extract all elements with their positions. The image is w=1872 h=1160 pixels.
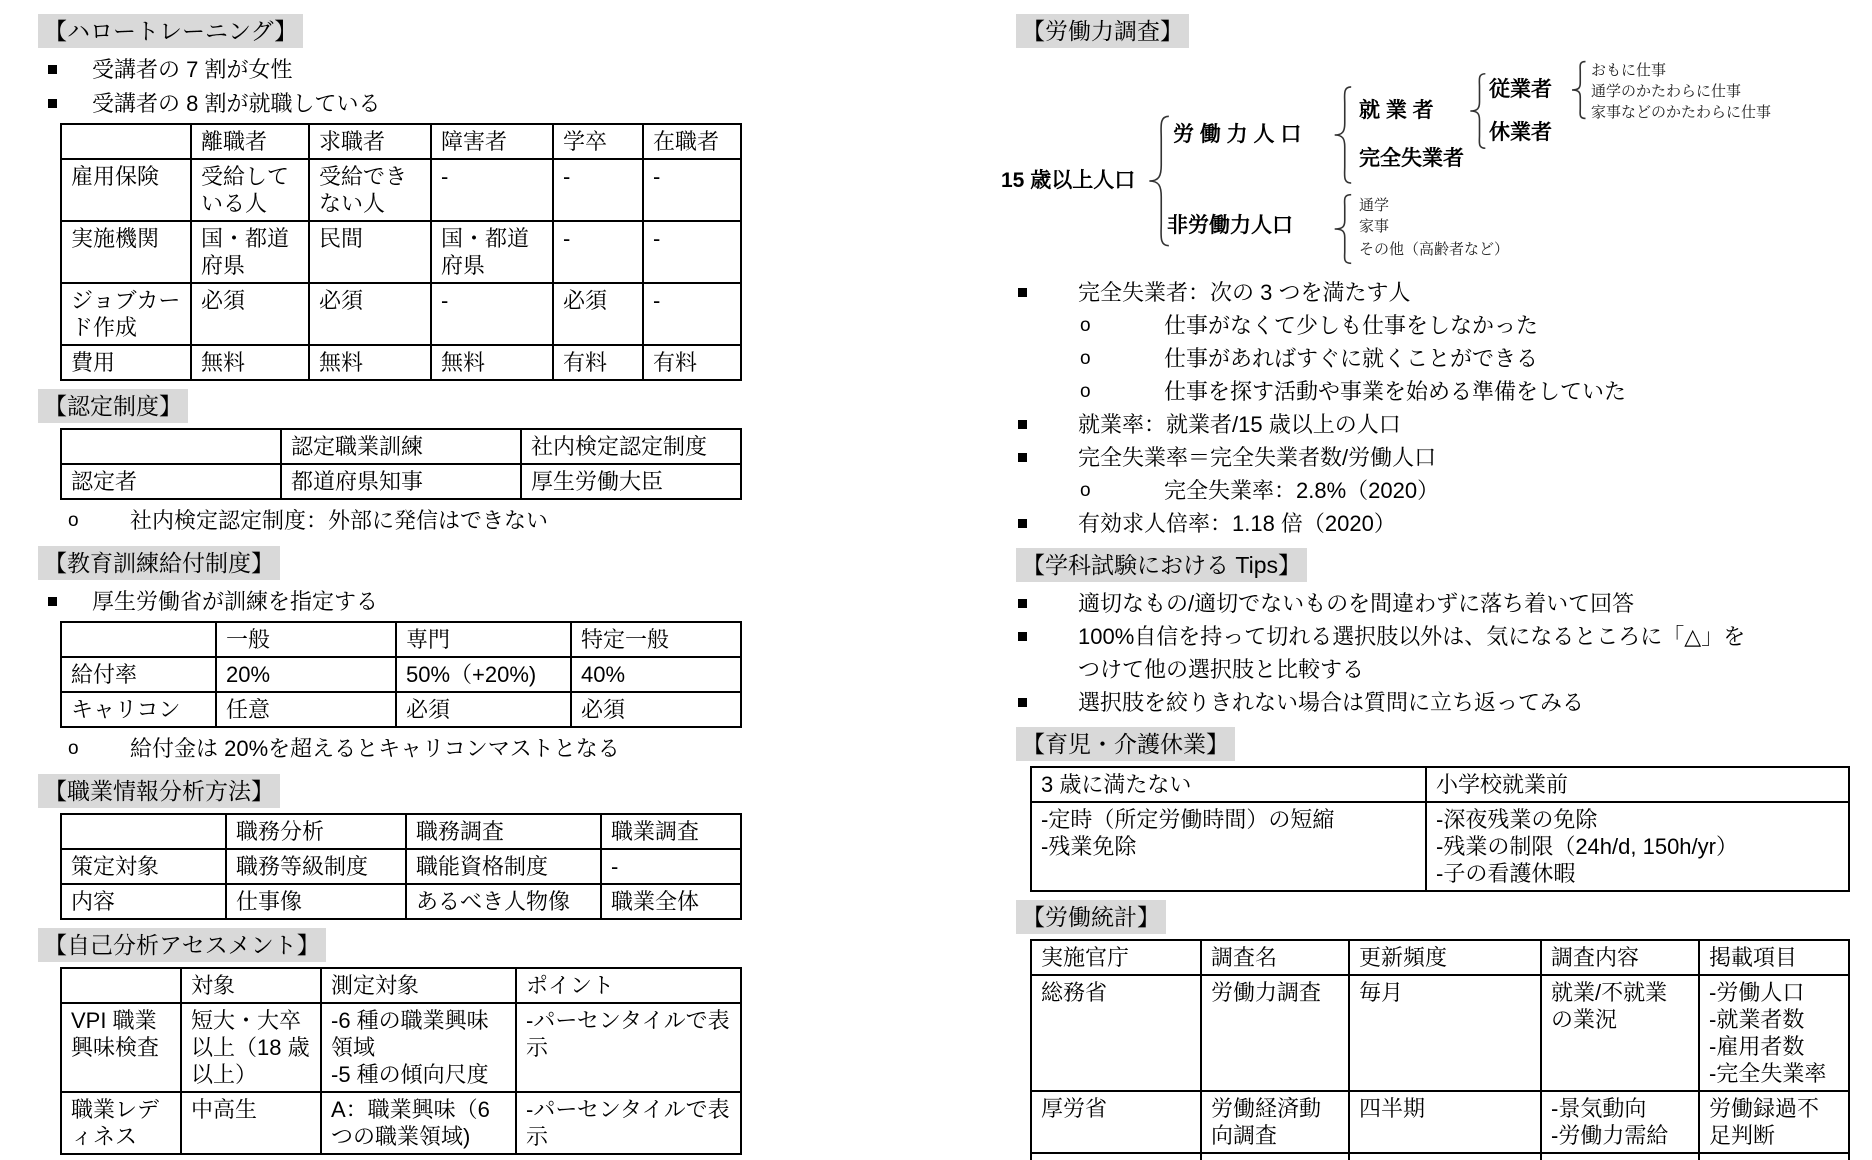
- table-cell: キャリコン: [61, 692, 216, 727]
- certification-table: 認定職業訓練社内検定認定制度認定者都道府県知事厚生労働大臣: [60, 428, 742, 500]
- table-row: 認定者都道府県知事厚生労働大臣: [61, 464, 741, 499]
- table-cell: 策定対象: [61, 849, 226, 884]
- table-cell: 掲載項目: [1699, 940, 1849, 975]
- table-row: 実施機関国・都道府県民間国・都道府県--: [61, 221, 741, 283]
- table-row: 離職者求職者障害者学卒在職者: [61, 124, 741, 159]
- bullet-text: 有効求人倍率：1.18 倍（2020）: [1016, 507, 1766, 540]
- note-item: o 給付金は 20%を超えるとキャリコンマストとなる: [38, 732, 768, 766]
- tree-node-workers: 従業者: [1489, 77, 1552, 102]
- tree-brace-icon: [1569, 61, 1587, 119]
- tree-node-employed: 就 業 者: [1359, 98, 1434, 123]
- table-row: 厚労省労働経済動向調査四半期-景気動向 -労働力需給労働録過不足判断: [1031, 1091, 1849, 1153]
- table-cell: 3 歳に満たない: [1031, 767, 1426, 802]
- table-row: ジョブカード作成必須必須-必須-: [61, 283, 741, 345]
- table-cell: 更新頻度: [1349, 940, 1541, 975]
- bullet-square-icon: [48, 99, 57, 108]
- bullet-item: 選択肢を絞りきれない場合は質問に立ち返ってみる: [1016, 686, 1866, 719]
- table-cell: [61, 968, 181, 1003]
- table-cell: [61, 814, 226, 849]
- circle-bullet-icon: o: [1080, 375, 1091, 408]
- tree-leaf-other-elderly: その他（高齢者など）: [1359, 240, 1509, 260]
- bullet-item: 完全失業者：次の 3 つを満たす人: [1016, 276, 1866, 309]
- bullet-text: 完全失業者：次の 3 つを満たす人: [1016, 276, 1766, 309]
- table-cell: 労働力調査: [1201, 975, 1349, 1091]
- table-row: 3 歳に満たない小学校就業前: [1031, 767, 1849, 802]
- bullet-square-icon: [1018, 599, 1027, 608]
- section-title-childcare-leave: 【育児・介護休業】: [1016, 727, 1235, 761]
- bullet-text: 受講者の 8 割が就職している: [38, 87, 380, 121]
- table-cell: 有料: [553, 345, 643, 380]
- bullet-text: 就業率：就業者/15 歳以上の人口: [1016, 408, 1766, 441]
- table-row: 職業レディネス中高生A：職業興味（6 つの職業領域)-パーセンタイルで表示: [61, 1092, 741, 1154]
- bullet-text: 100%自信を持って切れる選択肢以外は、気になるところに「△」をつけて他の選択肢…: [1016, 620, 1766, 686]
- childcare-leave-table: 3 歳に満たない小学校就業前-定時（所定労働時間）の短縮 -残業免除-深夜残業の…: [1030, 766, 1850, 892]
- note-text: 社内検定認定制度：外部に発信はできない: [38, 504, 548, 538]
- tree-leaf-school: 通学: [1359, 196, 1389, 216]
- table-cell: [61, 429, 281, 464]
- circle-bullet-icon: o: [68, 732, 79, 766]
- table-cell: 認定職業訓練: [281, 429, 521, 464]
- table-cell: -: [553, 221, 643, 283]
- bullet-text: 仕事を探す活動や事業を始める準備をしていた: [1016, 375, 1626, 408]
- table-cell: 認定者: [61, 464, 281, 499]
- bullet-item: o仕事がなくて少しも仕事をしなかった: [1016, 309, 1866, 342]
- bullet-item: 完全失業率＝完全失業者数/労働人口: [1016, 441, 1866, 474]
- bullet-item: 就業率：就業者/15 歳以上の人口: [1016, 408, 1866, 441]
- table-cell: 無料: [191, 345, 309, 380]
- table-cell: 給付率: [61, 657, 216, 692]
- table-cell: -: [431, 283, 553, 345]
- table-cell: 実施機関: [61, 221, 191, 283]
- table-cell: 調査名: [1201, 940, 1349, 975]
- table-cell: 測定対象: [321, 968, 516, 1003]
- table-cell: 必須: [396, 692, 571, 727]
- table-cell: -: [643, 221, 741, 283]
- section-title-labor-survey: 【労働力調査】: [1016, 14, 1189, 48]
- table-cell: -: [643, 283, 741, 345]
- table-cell: [1541, 1153, 1699, 1160]
- table-cell: 無料: [309, 345, 431, 380]
- circle-bullet-icon: o: [1080, 342, 1091, 375]
- table-cell: [61, 124, 191, 159]
- tree-node-non-labor-force: 非労働力人口: [1167, 213, 1293, 238]
- table-row: 職務分析職務調査職業調査: [61, 814, 741, 849]
- table-row: 認定職業訓練社内検定認定制度: [61, 429, 741, 464]
- table-cell: -労働人口 -就業者数 -雇用者数 -完全失業率: [1699, 975, 1849, 1091]
- section-title-certification: 【認定制度】: [38, 389, 188, 423]
- table-cell: 受給できない人: [309, 159, 431, 221]
- tree-brace-icon: [1331, 86, 1353, 184]
- table-cell: 必須: [191, 283, 309, 345]
- bullet-square-icon: [1018, 698, 1027, 707]
- circle-bullet-icon: o: [1080, 474, 1091, 507]
- tree-leaf-work-while-housework: 家事などのかたわらに仕事: [1591, 103, 1771, 123]
- section-title-self-assessment: 【自己分析アセスメント】: [38, 928, 326, 962]
- bullet-square-icon: [1018, 288, 1027, 297]
- table-cell: 職務分析: [226, 814, 406, 849]
- bullet-square-icon: [48, 597, 57, 606]
- table-cell: 中高生: [181, 1092, 321, 1154]
- table-cell: 内容: [61, 884, 226, 919]
- table-cell: 対象: [181, 968, 321, 1003]
- note-text: 給付金は 20%を超えるとキャリコンマストとなる: [38, 732, 620, 766]
- table-cell: 毎月: [1349, 975, 1541, 1091]
- document-page: 【ハロートレーニング】 受講者の 7 割が女性 受講者の 8 割が就職している …: [0, 0, 1872, 1160]
- table-cell: 無料: [431, 345, 553, 380]
- bullet-text: 厚生労働省が訓練を指定する: [38, 585, 378, 619]
- table-row: 実施官庁調査名更新頻度調査内容掲載項目: [1031, 940, 1849, 975]
- bullet-item: 100%自信を持って切れる選択肢以外は、気になるところに「△」をつけて他の選択肢…: [1016, 620, 1866, 686]
- left-column: 【ハロートレーニング】 受講者の 7 割が女性 受講者の 8 割が就職している …: [38, 0, 768, 1159]
- circle-bullet-icon: o: [68, 504, 79, 538]
- table-cell: 必須: [571, 692, 741, 727]
- table-cell: ポイント: [516, 968, 741, 1003]
- tree-leaf-mainly-work: おもに仕事: [1591, 61, 1666, 81]
- section-title-exam-tips: 【学科試験における Tips】: [1016, 548, 1307, 582]
- table-cell: あるべき人物像: [406, 884, 601, 919]
- table-cell: 50%（+20%): [396, 657, 571, 692]
- tree-node-on-leave: 休業者: [1489, 120, 1552, 145]
- table-cell: -: [601, 849, 741, 884]
- bullet-item: 有効求人倍率：1.18 倍（2020）: [1016, 507, 1866, 540]
- table-cell: 必須: [553, 283, 643, 345]
- table-cell: 離職者: [191, 124, 309, 159]
- bullet-square-icon: [1018, 519, 1027, 528]
- bullet-item: 適切なもの/適切でないものを間違わずに落ち着いて回答: [1016, 587, 1866, 620]
- training-benefit-table: 一般専門特定一般給付率20%50%（+20%)40%キャリコン任意必須必須: [60, 621, 742, 728]
- table-row: -定時（所定労働時間）の短縮 -残業免除-深夜残業の免除 -残業の制限（24h/…: [1031, 802, 1849, 891]
- table-row: 内容仕事像あるべき人物像職業全体: [61, 884, 741, 919]
- table-cell: 費用: [61, 345, 191, 380]
- section-title-job-info-analysis: 【職業情報分析方法】: [38, 774, 280, 808]
- table-cell: 実施官庁: [1031, 940, 1201, 975]
- bullet-text: 適切なもの/適切でないものを間違わずに落ち着いて回答: [1016, 587, 1766, 620]
- tree-brace-icon: [1467, 73, 1487, 149]
- table-cell: 雇用保険: [61, 159, 191, 221]
- table-cell: 職業レディネス: [61, 1092, 181, 1154]
- table-cell: 求職者: [309, 124, 431, 159]
- tree-leaf-work-while-school: 通学のかたわらに仕事: [1591, 82, 1741, 102]
- table-cell: [1201, 1153, 1349, 1160]
- table-cell: 社内検定認定制度: [521, 429, 741, 464]
- table-cell: 学卒: [553, 124, 643, 159]
- table-cell: 短大・大卒以上（18 歳以上）: [181, 1003, 321, 1092]
- tree-brace-icon: [1331, 194, 1353, 264]
- table-cell: -: [643, 159, 741, 221]
- table-cell: 専門: [396, 622, 571, 657]
- table-row: VPI 職業興味検査短大・大卒以上（18 歳以上）-6 種の職業興味領域 -5 …: [61, 1003, 741, 1092]
- table-cell: 厚労省: [1031, 1091, 1201, 1153]
- bullet-text: 仕事があればすぐに就くことができる: [1016, 342, 1538, 375]
- section-title-training-benefit: 【教育訓練給付制度】: [38, 546, 280, 580]
- table-cell: 在職者: [643, 124, 741, 159]
- table-cell: -パーセンタイルで表示: [516, 1092, 741, 1154]
- table-cell: -6 種の職業興味領域 -5 種の傾向尺度: [321, 1003, 516, 1092]
- job-info-analysis-table: 職務分析職務調査職業調査策定対象職務等級制度職能資格制度-内容仕事像あるべき人物…: [60, 813, 742, 920]
- table-cell: -景気動向 -労働力需給: [1541, 1091, 1699, 1153]
- table-cell: ジョブカード作成: [61, 283, 191, 345]
- bullet-item: 厚生労働省が訓練を指定する: [38, 585, 768, 619]
- table-cell: 仕事像: [226, 884, 406, 919]
- table-cell: 有料: [643, 345, 741, 380]
- table-cell: 40%: [571, 657, 741, 692]
- bullet-square-icon: [1018, 453, 1027, 462]
- table-cell: 労働経済動向調査: [1201, 1091, 1349, 1153]
- table-row: 給付率20%50%（+20%)40%: [61, 657, 741, 692]
- table-cell: 職務等級制度: [226, 849, 406, 884]
- table-cell: 職業調査: [601, 814, 741, 849]
- table-cell: 都道府県知事: [281, 464, 521, 499]
- tree-leaf-housework: 家事: [1359, 217, 1389, 237]
- table-cell: 厚生労働大臣: [521, 464, 741, 499]
- table-cell: VPI 職業興味検査: [61, 1003, 181, 1092]
- tree-node-unemployed: 完全失業者: [1359, 146, 1464, 171]
- table-cell: -: [553, 159, 643, 221]
- bullet-text: 選択肢を絞りきれない場合は質問に立ち返ってみる: [1016, 686, 1766, 719]
- table-row: 対象測定対象ポイント: [61, 968, 741, 1003]
- table-cell: 就業/不就業の業況: [1541, 975, 1699, 1091]
- table-cell: 特定一般: [571, 622, 741, 657]
- table-cell: 国・都道府県: [191, 221, 309, 283]
- tree-node-labor-force: 労 働 力 人 口: [1173, 122, 1301, 147]
- table-cell: 職能資格制度: [406, 849, 601, 884]
- table-row: 費用無料無料無料有料有料: [61, 345, 741, 380]
- bullet-square-icon: [1018, 632, 1027, 641]
- right-column: 【労働力調査】 15 歳以上人口 労 働 力 人 口 就 業 者 従業者 おもに…: [1016, 0, 1866, 1160]
- bullet-square-icon: [1018, 420, 1027, 429]
- bullet-item: o完全失業率：2.8%（2020）: [1016, 474, 1866, 507]
- bullet-item: o仕事を探す活動や事業を始める準備をしていた: [1016, 375, 1866, 408]
- table-cell: 受給している人: [191, 159, 309, 221]
- table-cell: 民間: [309, 221, 431, 283]
- table-row: [1031, 1153, 1849, 1160]
- table-cell: [61, 622, 216, 657]
- table-cell: 小学校就業前: [1426, 767, 1849, 802]
- table-cell: 任意: [216, 692, 396, 727]
- table-cell: 20%: [216, 657, 396, 692]
- bullet-text: 完全失業率＝完全失業者数/労働人口: [1016, 441, 1766, 474]
- bullet-text: 受講者の 7 割が女性: [38, 53, 292, 87]
- table-cell: -定時（所定労働時間）の短縮 -残業免除: [1031, 802, 1426, 891]
- bullet-item: o仕事があればすぐに就くことができる: [1016, 342, 1866, 375]
- bullet-item: 受講者の 7 割が女性: [38, 53, 768, 87]
- bullet-item: 受講者の 8 割が就職している: [38, 87, 768, 121]
- table-cell: 労働録過不足判断: [1699, 1091, 1849, 1153]
- table-cell: 四半期: [1349, 1091, 1541, 1153]
- labor-force-tree-diagram: 15 歳以上人口 労 働 力 人 口 就 業 者 従業者 おもに仕事 通学のかた…: [995, 56, 1866, 262]
- section-title-labor-statistics: 【労働統計】: [1016, 900, 1166, 934]
- tree-node-population-15plus: 15 歳以上人口: [1001, 168, 1135, 193]
- table-row: キャリコン任意必須必須: [61, 692, 741, 727]
- bullet-square-icon: [48, 65, 57, 74]
- table-cell: 職務調査: [406, 814, 601, 849]
- table-cell: 調査内容: [1541, 940, 1699, 975]
- table-cell: A：職業興味（6 つの職業領域): [321, 1092, 516, 1154]
- table-cell: 一般: [216, 622, 396, 657]
- hello-training-table: 離職者求職者障害者学卒在職者雇用保険受給している人受給できない人---実施機関国…: [60, 123, 742, 381]
- table-row: 雇用保険受給している人受給できない人---: [61, 159, 741, 221]
- table-cell: -深夜残業の免除 -残業の制限（24h/d, 150h/yr） -子の看護休暇: [1426, 802, 1849, 891]
- table-row: 一般専門特定一般: [61, 622, 741, 657]
- table-cell: 職業全体: [601, 884, 741, 919]
- labor-statistics-table: 実施官庁調査名更新頻度調査内容掲載項目総務省労働力調査毎月就業/不就業の業況-労…: [1030, 939, 1850, 1160]
- circle-bullet-icon: o: [1080, 309, 1091, 342]
- table-row: 総務省労働力調査毎月就業/不就業の業況-労働人口 -就業者数 -雇用者数 -完全…: [1031, 975, 1849, 1091]
- self-assessment-table: 対象測定対象ポイントVPI 職業興味検査短大・大卒以上（18 歳以上）-6 種の…: [60, 967, 742, 1155]
- table-cell: 国・都道府県: [431, 221, 553, 283]
- table-cell: [1031, 1153, 1201, 1160]
- table-cell: [1699, 1153, 1849, 1160]
- section-title-hello-training: 【ハロートレーニング】: [38, 14, 303, 48]
- bullet-text: 仕事がなくて少しも仕事をしなかった: [1016, 309, 1538, 342]
- table-cell: [1349, 1153, 1541, 1160]
- table-cell: -: [431, 159, 553, 221]
- table-cell: 障害者: [431, 124, 553, 159]
- table-cell: 総務省: [1031, 975, 1201, 1091]
- table-row: 策定対象職務等級制度職能資格制度-: [61, 849, 741, 884]
- table-cell: -パーセンタイルで表示: [516, 1003, 741, 1092]
- note-item: o 社内検定認定制度：外部に発信はできない: [38, 504, 768, 538]
- table-cell: 必須: [309, 283, 431, 345]
